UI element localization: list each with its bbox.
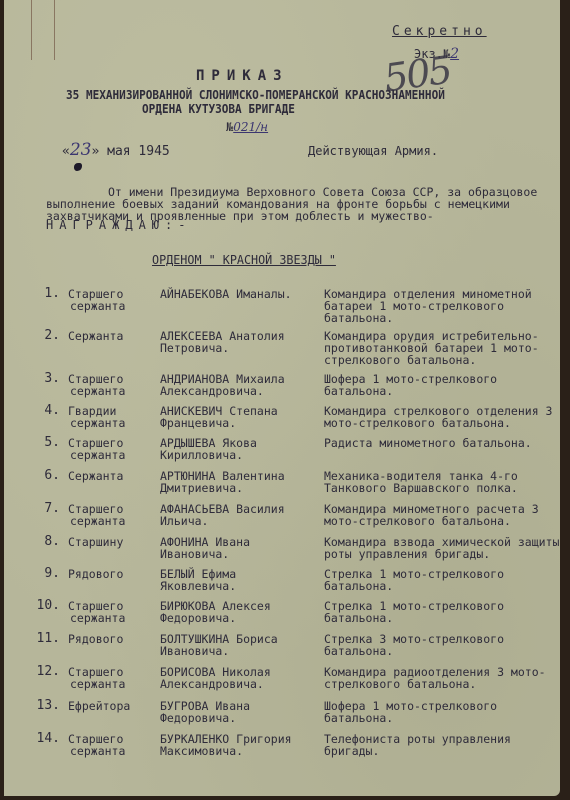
recipient-position: Командира стрелкового отделения 3 мото-с…: [324, 405, 560, 429]
recipient-rank: Старшину: [68, 536, 154, 548]
award-verb: НАГРАЖДАЮ:-: [46, 218, 191, 232]
unit-name-line1: 35 МЕХАНИЗИРОВАННОЙ СЛОНИМСКО-ПОМЕРАНСКО…: [66, 88, 445, 102]
recipient-rank: Старшегосержанта: [68, 288, 154, 312]
recipient-name: АФАНАСЬЕВА ВасилияИльича.: [160, 503, 320, 527]
recipient-number: 6.: [26, 470, 60, 482]
recipient-number: 9.: [26, 568, 60, 580]
recipient-rank: Старшегосержанта: [68, 733, 154, 757]
document-page: Секретно Экз.№2 505 ПРИКАЗ 35 МЕХАНИЗИРО…: [4, 0, 560, 796]
date-day-handwritten: 23: [70, 140, 92, 160]
recipient-name: АЙНАБЕКОВА Иманалы.: [160, 288, 320, 300]
recipient-name: БЕЛЫЙ ЕфимаЯковлевича.: [160, 568, 320, 592]
recipient-name: БОРИСОВА НиколаяАлександровича.: [160, 666, 320, 690]
recipient-rank: Старшегосержанта: [68, 503, 154, 527]
recipient-position: Командира радиоотделения 3 мото-стрелков…: [324, 666, 560, 690]
preamble-text: От имени Президиума Верховного Совета Со…: [46, 186, 556, 222]
recipient-number: 4.: [26, 405, 60, 417]
date-month-year: мая 1945: [107, 144, 170, 159]
recipient-rank: Старшегосержанта: [68, 666, 154, 690]
recipient-rank: Старшегосержанта: [68, 373, 154, 397]
document-title: ПРИКАЗ: [196, 68, 289, 84]
recipient-position: Радиста минометного батальона.: [324, 437, 560, 449]
recipient-number: 11.: [26, 633, 60, 645]
recipient-rank: Сержанта: [68, 330, 154, 342]
recipient-number: 1.: [26, 288, 60, 300]
recipient-position: Стрелка 1 мото-стрелкового батальона.: [324, 568, 560, 592]
recipient-position: Командира отделения минометной батареи 1…: [324, 288, 560, 324]
recipient-name: АФОНИНА ИванаИвановича.: [160, 536, 320, 560]
recipient-number: 10.: [26, 600, 60, 612]
recipient-position: Телефониста роты управления бригады.: [324, 733, 560, 757]
recipient-position: Механика-водителя танка 4-го Танкового В…: [324, 470, 560, 494]
recipient-number: 8.: [26, 536, 60, 548]
recipient-name: АНИСКЕВИЧ СтепанаФранцевича.: [160, 405, 320, 429]
recipient-rank: Рядового: [68, 568, 154, 580]
recipient-name: БУРКАЛЕНКО ГригорияМаксимовича.: [160, 733, 320, 757]
recipient-name: АЛЕКСЕЕВА АнатолияПетровича.: [160, 330, 320, 354]
recipient-number: 7.: [26, 503, 60, 515]
recipient-rank: Сержанта: [68, 470, 154, 482]
recipient-position: Командира взвода химической защиты роты …: [324, 536, 560, 560]
order-number-handwritten: 021/н: [233, 120, 268, 134]
recipient-name: АРТЮНИНА ВалентинаДмитриевича.: [160, 470, 320, 494]
ink-blot: [74, 163, 82, 171]
order-number: №021/н: [226, 120, 268, 134]
recipient-position: Командира минометного расчета 3 мото-стр…: [324, 503, 560, 527]
recipient-name: АНДРИАНОВА МихаилаАлександровича.: [160, 373, 320, 397]
recipient-name: БУГРОВА ИванаФедоровича.: [160, 700, 320, 724]
recipient-position: Стрелка 3 мото-стрелкового батальона.: [324, 633, 560, 657]
copy-number-handwritten: 2: [450, 46, 459, 62]
recipient-rank: Старшегосержанта: [68, 437, 154, 461]
recipient-rank: Гвардиисержанта: [68, 405, 154, 429]
paper-fold-mark: [31, 0, 55, 60]
recipient-rank: Рядового: [68, 633, 154, 645]
recipient-name: БИРЮКОВА АлексеяФедоровича.: [160, 600, 320, 624]
recipient-number: 13.: [26, 700, 60, 712]
recipient-number: 5.: [26, 437, 60, 449]
order-date: «23» мая 1945: [62, 140, 170, 160]
recipient-rank: Старшегосержанта: [68, 600, 154, 624]
recipient-number: 2.: [26, 330, 60, 342]
recipient-name: БОЛТУШКИНА БорисаИвановича.: [160, 633, 320, 657]
recipient-name: АРДЫШЕВА ЯковаКирилловича.: [160, 437, 320, 461]
recipient-position: Шофера 1 мото-стрелкового батальона.: [324, 700, 560, 724]
recipient-number: 14.: [26, 733, 60, 745]
recipient-number: 3.: [26, 373, 60, 385]
location-line: Действующая Армия.: [308, 144, 438, 158]
order-of-red-star-heading: ОРДЕНОМ " КРАСНОЙ ЗВЕЗДЫ ": [152, 252, 336, 267]
recipient-number: 12.: [26, 666, 60, 678]
unit-name-line2: ОРДЕНА КУТУЗОВА БРИГАДЕ: [142, 102, 295, 116]
classification-stamp: Секретно: [392, 24, 487, 39]
recipient-position: Шофера 1 мото-стрелкового батальона.: [324, 373, 560, 397]
recipient-position: Стрелка 1 мото-стрелкового батальона.: [324, 600, 560, 624]
recipient-position: Командира орудия истребительно-противота…: [324, 330, 560, 366]
recipient-rank: Ефрейтора: [68, 700, 154, 712]
